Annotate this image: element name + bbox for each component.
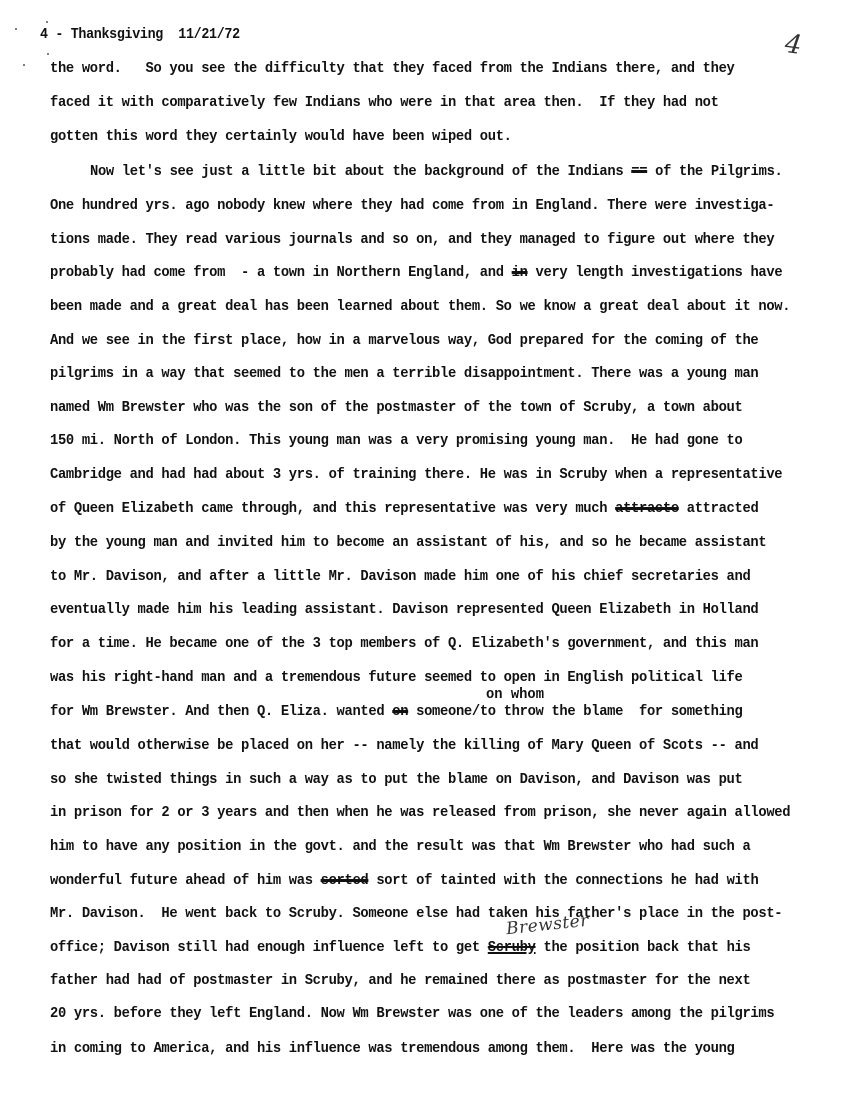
text-line: by the young man and invited him to beco… [50, 534, 766, 552]
text-segment: Now let's see just a little bit about th… [90, 163, 631, 180]
text-line: One hundred yrs. ago nobody knew where t… [50, 197, 774, 215]
text-segment: office; Davison still had enough influen… [50, 939, 488, 956]
text-line: for Wm Brewster. And then Q. Eliza. want… [50, 703, 742, 721]
text-segment: someone/to throw the blame for something [408, 703, 742, 720]
struck-text: in [512, 264, 528, 281]
text-segment: wonderful future ahead of him was [50, 872, 321, 889]
text-line: was his right-hand man and a tremendous … [50, 669, 742, 687]
text-line: to Mr. Davison, and after a little Mr. D… [50, 568, 750, 586]
text-line: faced it with comparatively few Indians … [50, 94, 719, 112]
struck-text: on [392, 703, 408, 720]
text-line: for a time. He became one of the 3 top m… [50, 635, 758, 653]
interlinear-insert: on whom [486, 686, 544, 704]
text-segment: the position back that his [536, 939, 751, 956]
text-line: in prison for 2 or 3 years and then when… [50, 804, 790, 822]
text-line: been made and a great deal has been lear… [50, 298, 790, 316]
text-segment: for Wm Brewster. And then Q. Eliza. want… [50, 703, 392, 720]
scan-speck [46, 21, 48, 23]
scan-speck [23, 64, 25, 66]
text-line: 150 mi. North of London. This young man … [50, 432, 742, 450]
text-line: pilgrims in a way that seemed to the men… [50, 365, 758, 383]
text-segment: of the Pilgrims. [647, 163, 782, 180]
struck-text: == [631, 163, 647, 180]
text-line: Cambridge and had had about 3 yrs. of tr… [50, 466, 782, 484]
text-line: the word. So you see the difficulty that… [50, 60, 735, 78]
text-line: probably had come from - a town in North… [50, 264, 782, 282]
text-line: him to have any position in the govt. an… [50, 838, 750, 856]
handwritten-page-number: 4 [783, 29, 804, 61]
text-line: Mr. Davison. He went back to Scruby. Som… [50, 905, 782, 923]
text-line: in coming to America, and his influence … [50, 1040, 735, 1058]
text-line: gotten this word they certainly would ha… [50, 128, 512, 146]
struck-text: attracte [615, 500, 679, 517]
struck-text: sorted [321, 872, 369, 889]
text-line: so she twisted things in such a way as t… [50, 771, 742, 789]
text-line: tions made. They read various journals a… [50, 231, 774, 249]
text-line: And we see in the first place, how in a … [50, 332, 758, 350]
struck-text: Scruby [488, 939, 536, 956]
text-line: that would otherwise be placed on her --… [50, 737, 758, 755]
page-header: 4 - Thanksgiving 11/21/72 [40, 26, 240, 44]
text-line: father had had of postmaster in Scruby, … [50, 972, 750, 990]
text-line: named Wm Brewster who was the son of the… [50, 399, 742, 417]
text-line-indented: Now let's see just a little bit about th… [90, 163, 782, 181]
text-line: wonderful future ahead of him was sorted… [50, 872, 758, 890]
text-segment: of Queen Elizabeth came through, and thi… [50, 500, 615, 517]
text-segment: very length investigations have [528, 264, 783, 281]
text-line: office; Davison still had enough influen… [50, 939, 750, 957]
text-segment: attracted [679, 500, 759, 517]
text-line: eventually made him his leading assistan… [50, 601, 758, 619]
text-segment: sort of tainted with the connections he … [368, 872, 758, 889]
text-line: of Queen Elizabeth came through, and thi… [50, 500, 758, 518]
text-line: 20 yrs. before they left England. Now Wm… [50, 1005, 774, 1023]
scan-speck [15, 28, 17, 30]
document-page: 4 - Thanksgiving 11/21/72 4 the word. So… [0, 0, 851, 1102]
scan-speck [47, 53, 49, 55]
text-segment: probably had come from - a town in North… [50, 264, 512, 281]
